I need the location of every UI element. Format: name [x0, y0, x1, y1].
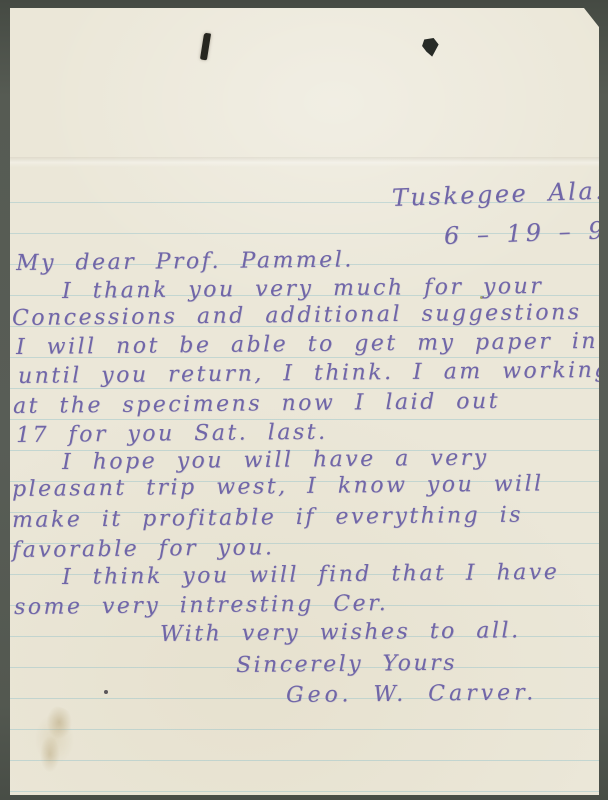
- letter-body-line: until you return, I think. I am working: [18, 358, 599, 389]
- letter-body-line: pleasant trip west, I know you will: [12, 471, 544, 502]
- letter-body-line: I hope you will have a very: [62, 446, 489, 475]
- letter-body-line: make it profitable if everything is: [12, 503, 523, 533]
- letter-body-line: some very intresting Cer.: [14, 591, 388, 620]
- hole-mark: [421, 38, 439, 57]
- letter-signoff: Sincerely Yours: [236, 651, 457, 678]
- letter-date: 6 – 19 – 99: [444, 216, 599, 250]
- crease-line: [10, 157, 599, 167]
- letter-place: Tuskegee Ala.: [392, 177, 599, 212]
- letter-body-line: at the specimens now I laid out: [13, 389, 500, 419]
- ink-mark: [200, 33, 211, 61]
- letter-salutation: My dear Prof. Pammel.: [16, 247, 354, 276]
- letter-page: Tuskegee Ala. 6 – 19 – 99 My dear Prof. …: [10, 8, 599, 795]
- letter-body-line: favorable for you.: [12, 535, 275, 563]
- letter-body-line: I think you will find that I have: [62, 560, 560, 590]
- letter-signature: Geo. W. Carver.: [286, 680, 537, 708]
- letter-body-line: I thank you very much for your: [62, 274, 544, 304]
- letter-body-line: 17 for you Sat. last.: [16, 420, 328, 448]
- ink-speck: [104, 690, 108, 694]
- letter-body-line: I will not be able to get my paper in: [16, 329, 598, 360]
- scan-background: Tuskegee Ala. 6 – 19 – 99 My dear Prof. …: [0, 0, 608, 800]
- letter-closing: With very wishes to all.: [160, 618, 521, 647]
- letter-body-line: Concessions and additional suggestions: [12, 300, 582, 331]
- stain-mark: [22, 706, 84, 780]
